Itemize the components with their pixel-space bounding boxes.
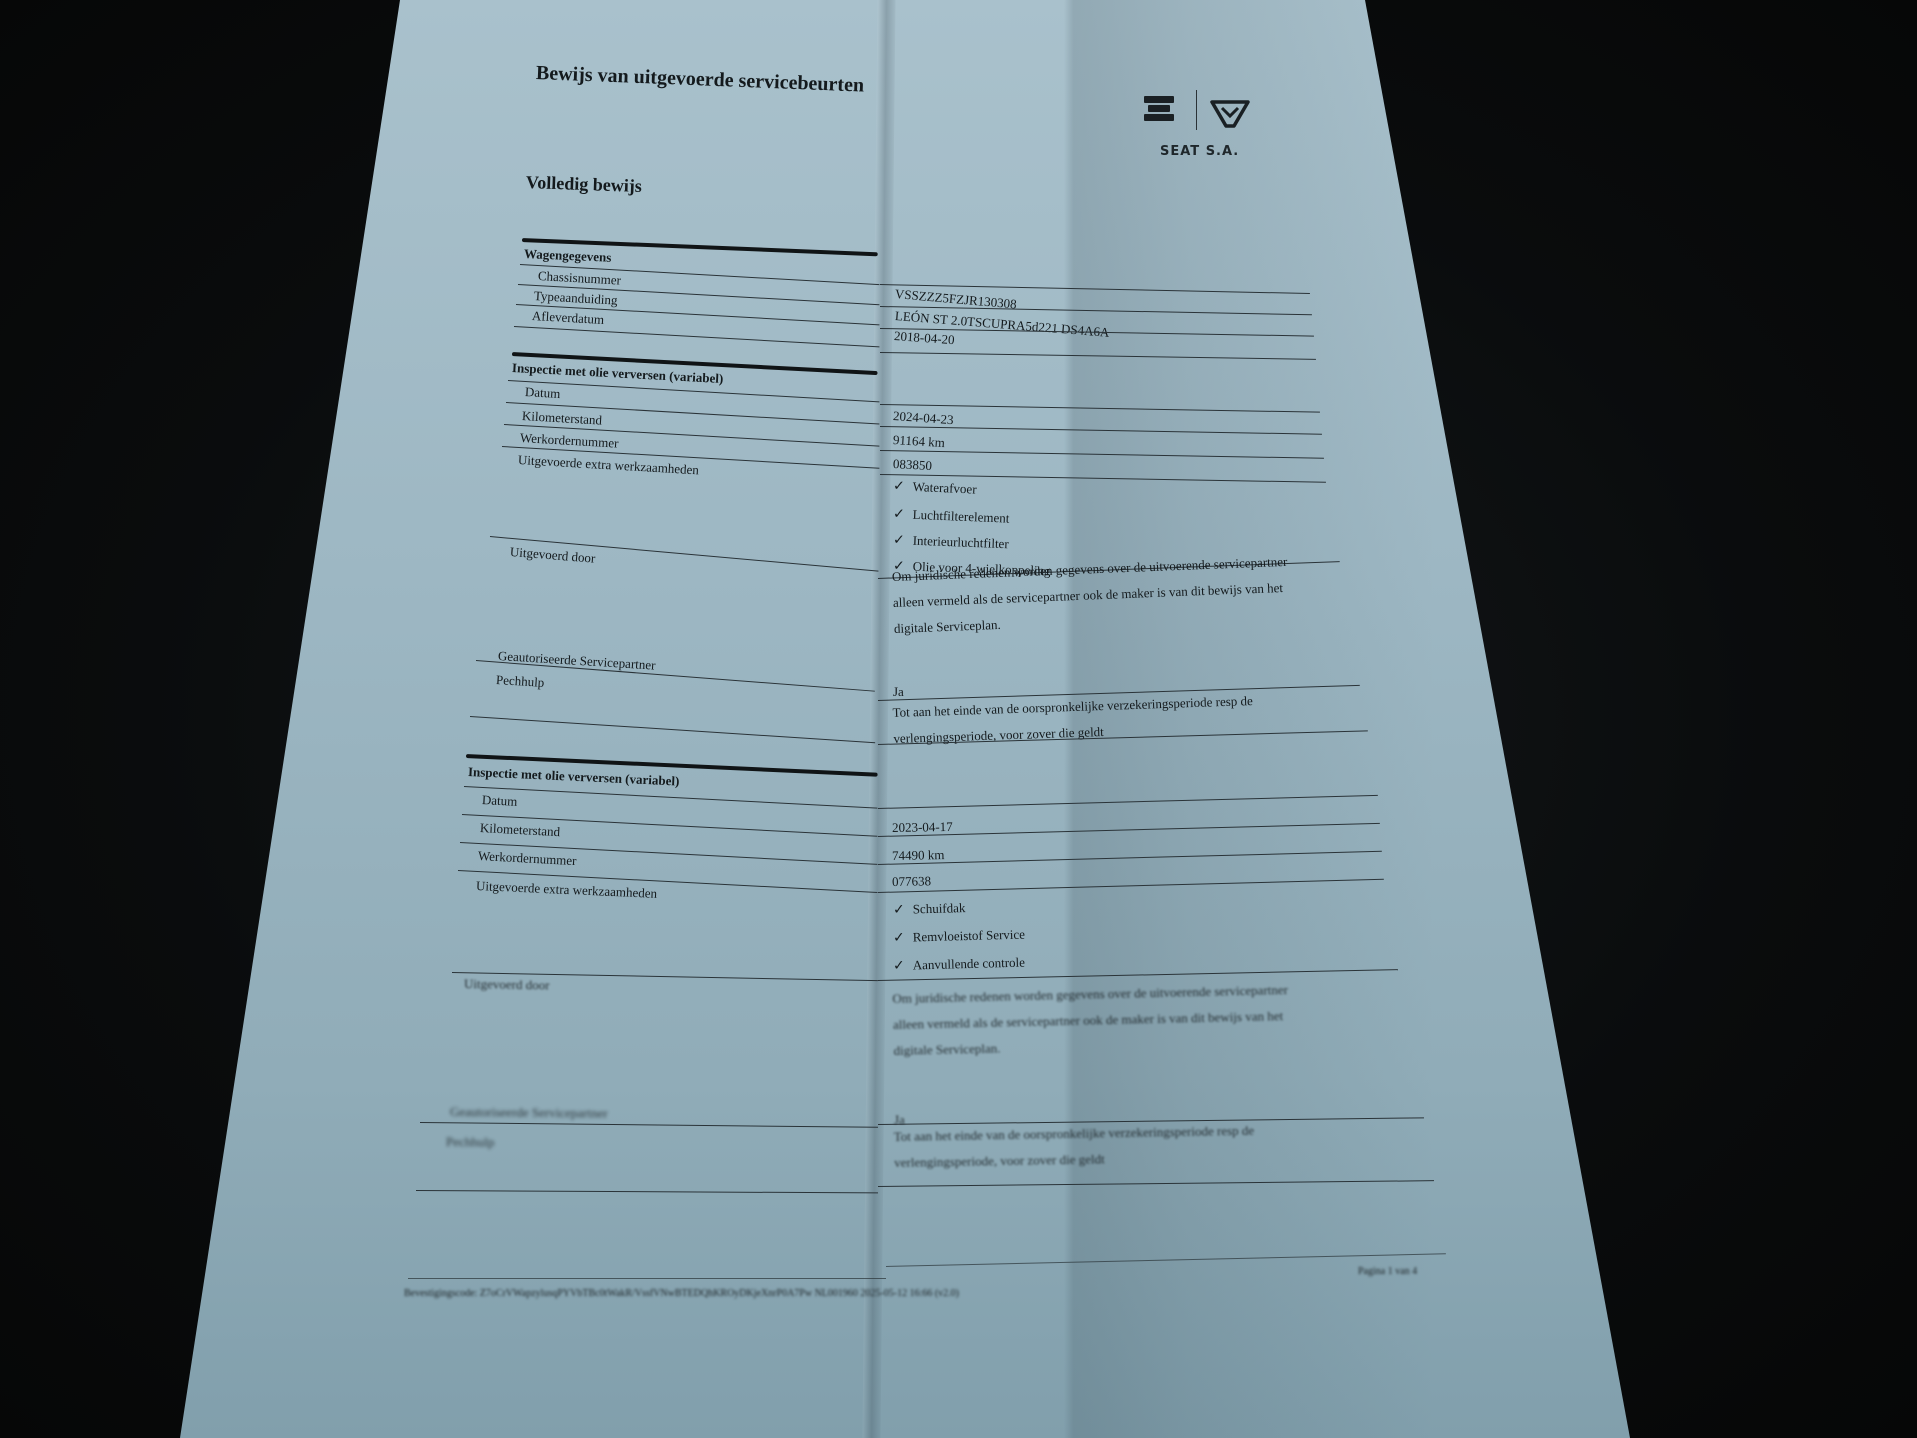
- brand-company-name: SEAT S.A.: [1160, 144, 1239, 159]
- field-label: Werkordernummer: [478, 848, 577, 869]
- vehicle-section-title: Wagengegevens: [524, 246, 612, 266]
- field-label: Pechhulp: [446, 1134, 495, 1151]
- extra-work-item: ✓Schuifdak: [893, 900, 966, 918]
- checkmark-icon: ✓: [893, 902, 905, 918]
- brand-logo: SEAT S.A.: [1138, 90, 1278, 170]
- row-divider: [464, 786, 877, 809]
- service-proof-document: Bewijs van uitgevoerde servicebeurten Vo…: [0, 0, 1917, 1438]
- page-number: Pagina 1 van 4: [1358, 1266, 1417, 1277]
- row-divider: [416, 1190, 878, 1193]
- row-divider: [878, 1180, 1434, 1187]
- field-label: Datum: [482, 792, 518, 810]
- footer-divider: [886, 1253, 1446, 1267]
- inspection-2-title: Inspectie met olie verversen (variabel): [468, 764, 680, 790]
- roadside-assistance-text: Tot aan het einde van de oorspronkelijke…: [894, 1118, 1255, 1176]
- field-label: Pechhulp: [496, 672, 545, 691]
- field-label: Geautoriseerde Servicepartner: [498, 648, 656, 674]
- extra-work-item: ✓Remvloeistof Service: [893, 927, 1025, 946]
- checkmark-icon: ✓: [893, 506, 905, 522]
- logo-divider: [1196, 90, 1197, 130]
- field-label: Kilometerstand: [480, 820, 561, 840]
- field-label: Datum: [525, 384, 561, 402]
- field-label: Uitgevoerd door: [509, 544, 596, 567]
- field-label: Afleverdatum: [532, 308, 605, 328]
- extra-work-item: ✓Aanvullende controle: [893, 955, 1025, 974]
- footer-divider: [408, 1278, 886, 1279]
- extra-work-item: ✓Waterafvoer: [893, 478, 977, 498]
- seat-logo-icon: [1144, 96, 1174, 122]
- inspection-2-work-order: 077638: [892, 873, 931, 890]
- field-label: Geautoriseerde Servicepartner: [450, 1104, 608, 1122]
- inspection-1-mileage: 91164 km: [893, 432, 946, 451]
- verification-code: Bevestigingscode: Z7oCrVWapzylusqPYVbTBc…: [404, 1288, 959, 1299]
- authorized-partner-value: Ja: [893, 684, 904, 700]
- row-divider: [470, 716, 875, 743]
- extra-work-item: ✓Luchtfilterelement: [893, 506, 1010, 527]
- document-title: Bewijs van uitgevoerde servicebeurten: [536, 62, 865, 98]
- inspection-1-work-order: 083850: [893, 456, 933, 474]
- field-label: Uitgevoerde extra werkzaamheden: [476, 878, 658, 902]
- performed-by-disclaimer: Om juridische redenen worden gegevens ov…: [892, 977, 1289, 1064]
- row-divider: [420, 1122, 878, 1128]
- row-divider: [878, 879, 1384, 893]
- row-divider: [878, 823, 1380, 837]
- performed-by-disclaimer: Om juridische redenen worden gegevens ov…: [892, 549, 1290, 642]
- inspection-1-date: 2024-04-23: [892, 408, 954, 428]
- row-divider: [878, 795, 1378, 809]
- row-divider: [514, 326, 879, 347]
- row-divider: [880, 352, 1316, 360]
- checkmark-icon: ✓: [893, 930, 905, 946]
- checkmark-icon: ✓: [893, 478, 905, 494]
- row-divider: [880, 450, 1324, 459]
- document-subtitle: Volledig bewijs: [526, 172, 643, 197]
- cupra-logo-icon: [1210, 98, 1250, 128]
- checkmark-icon: ✓: [893, 958, 905, 974]
- field-label: Uitgevoerd door: [464, 976, 550, 993]
- delivery-date-value: 2018-04-20: [893, 328, 955, 348]
- row-divider: [878, 851, 1382, 865]
- row-divider: [880, 426, 1322, 435]
- checkmark-icon: ✓: [893, 532, 905, 548]
- extra-work-item: ✓Interieurluchtfilter: [893, 532, 1009, 552]
